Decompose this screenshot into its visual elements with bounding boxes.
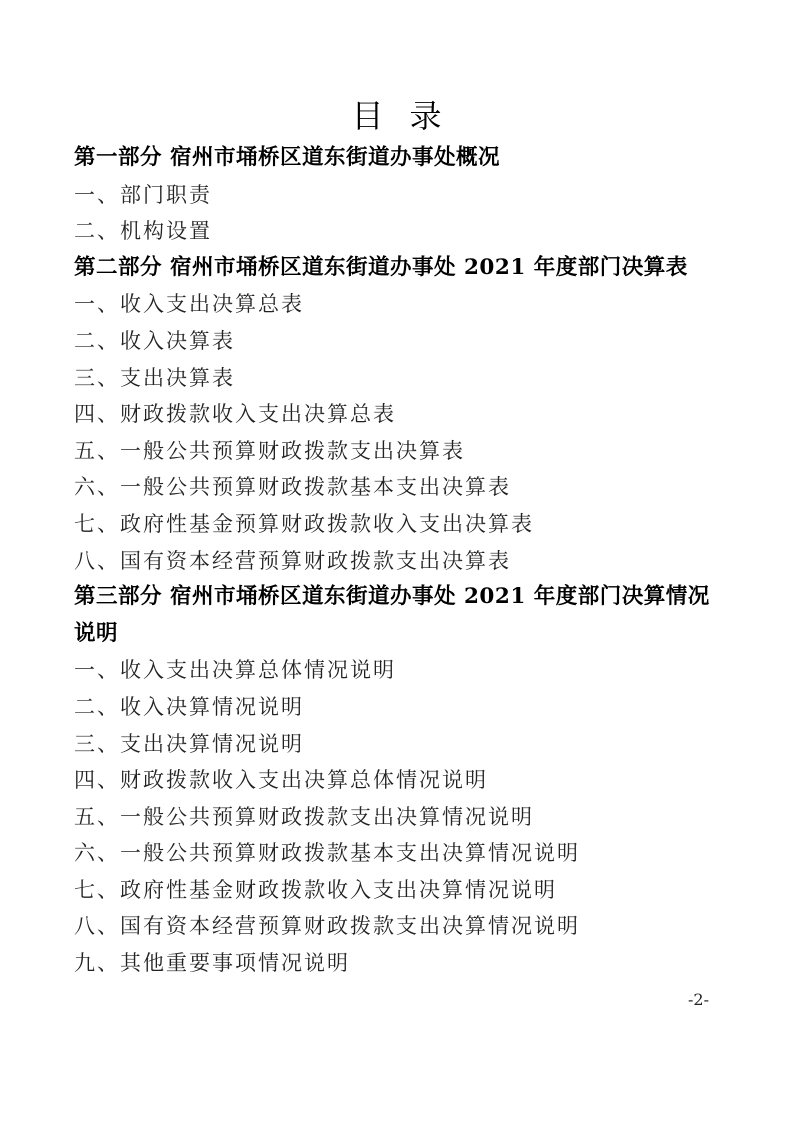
- toc-item: 三、支出决算情况说明: [74, 726, 724, 763]
- table-of-contents: 第一部分 宿州市埇桥区道东街道办事处概况 一、部门职责 二、机构设置 第二部分 …: [74, 140, 724, 982]
- toc-item: 二、收入决算表: [74, 323, 724, 360]
- section-heading-1: 第一部分 宿州市埇桥区道东街道办事处概况: [74, 140, 724, 177]
- toc-item: 五、一般公共预算财政拨款支出决算情况说明: [74, 799, 724, 836]
- toc-item: 九、其他重要事项情况说明: [74, 945, 724, 982]
- section-heading-2: 第二部分 宿州市埇桥区道东街道办事处 2021 年度部门决算表: [74, 250, 724, 287]
- toc-item: 八、国有资本经营预算财政拨款支出决算情况说明: [74, 908, 724, 945]
- toc-item: 一、收入支出决算总表: [74, 286, 724, 323]
- toc-item: 三、支出决算表: [74, 360, 724, 397]
- toc-item: 四、财政拨款收入支出决算总体情况说明: [74, 762, 724, 799]
- page-title: 目录: [0, 96, 793, 136]
- toc-item: 一、收入支出决算总体情况说明: [74, 652, 724, 689]
- toc-item: 一、部门职责: [74, 177, 724, 214]
- page-number: -2-: [688, 990, 709, 1009]
- toc-item: 四、财政拨款收入支出决算总表: [74, 396, 724, 433]
- section-heading-3: 第三部分 宿州市埇桥区道东街道办事处 2021 年度部门决算情况说明: [74, 579, 724, 652]
- toc-item: 八、国有资本经营预算财政拨款支出决算表: [74, 543, 724, 580]
- toc-item: 六、一般公共预算财政拨款基本支出决算表: [74, 469, 724, 506]
- toc-item: 二、收入决算情况说明: [74, 689, 724, 726]
- toc-item: 七、政府性基金财政拨款收入支出决算情况说明: [74, 872, 724, 909]
- toc-item: 二、机构设置: [74, 213, 724, 250]
- toc-item: 六、一般公共预算财政拨款基本支出决算情况说明: [74, 835, 724, 872]
- toc-item: 五、一般公共预算财政拨款支出决算表: [74, 433, 724, 470]
- toc-item: 七、政府性基金预算财政拨款收入支出决算表: [74, 506, 724, 543]
